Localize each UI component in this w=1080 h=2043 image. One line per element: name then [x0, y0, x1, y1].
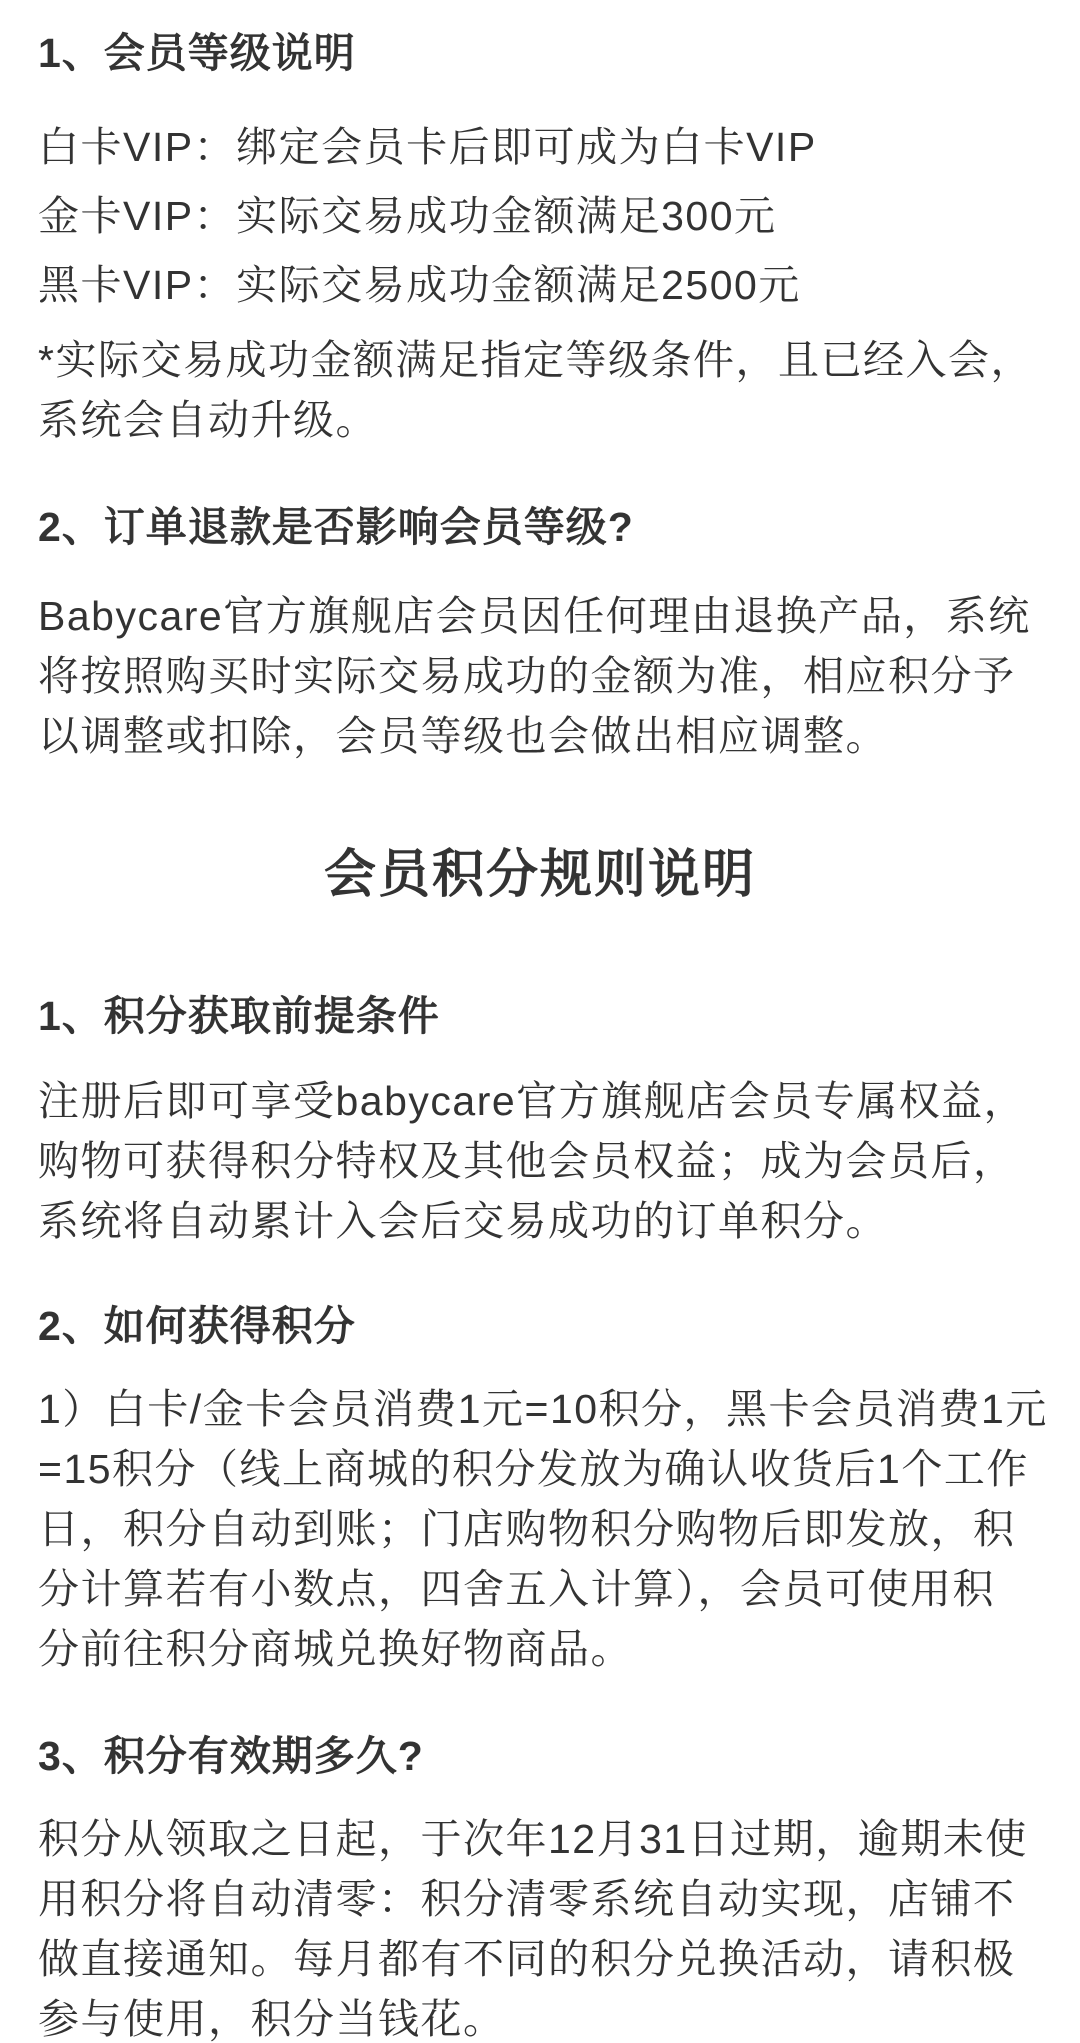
points-q1-line: 系统将自动累计入会后交易成功的订单积分。	[38, 1191, 1042, 1251]
refund-paragraph: Babycare官方旗舰店会员因任何理由退换产品，系统 将按照购买时实际交易成功…	[38, 586, 1042, 766]
rules-document: 1、会员等级说明 白卡VIP：绑定会员卡后即可成为白卡VIP 金卡VIP：实际交…	[0, 23, 1080, 2043]
level-item-gold-vip: 金卡VIP：实际交易成功金额满足300元	[38, 186, 1042, 246]
points-q2-line: 1）白卡/金卡会员消费1元=10积分，黑卡会员消费1元	[38, 1379, 1042, 1439]
note-line: 系统会自动升级。	[38, 390, 1042, 450]
points-q3-line: 参与使用，积分当钱花。	[38, 1989, 1042, 2043]
points-q2-line: =15积分（线上商城的积分发放为确认收货后1个工作	[38, 1439, 1042, 1499]
points-q3-paragraph: 积分从领取之日起，于次年12月31日过期，逾期未使 用积分将自动清零：积分清零系…	[38, 1809, 1042, 2043]
level-item-white-vip: 白卡VIP：绑定会员卡后即可成为白卡VIP	[38, 117, 1042, 177]
level-item-black-vip: 黑卡VIP：实际交易成功金额满足2500元	[38, 255, 1042, 315]
note-line: *实际交易成功金额满足指定等级条件，且已经入会，	[38, 330, 1042, 390]
points-q3-heading: 3、积分有效期多久?	[38, 1726, 1042, 1786]
points-q3-line: 做直接通知。每月都有不同的积分兑换活动，请积极	[38, 1929, 1042, 1989]
refund-line: 以调整或扣除，会员等级也会做出相应调整。	[38, 706, 1042, 766]
points-rules-title: 会员积分规则说明	[38, 839, 1042, 911]
points-q2-paragraph: 1）白卡/金卡会员消费1元=10积分，黑卡会员消费1元 =15积分（线上商城的积…	[38, 1379, 1042, 1679]
refund-line: Babycare官方旗舰店会员因任何理由退换产品，系统	[38, 586, 1042, 646]
points-q3-line: 用积分将自动清零：积分清零系统自动实现，店铺不	[38, 1869, 1042, 1929]
refund-heading: 2、订单退款是否影响会员等级?	[38, 497, 1042, 557]
points-q1-paragraph: 注册后即可享受babycare官方旗舰店会员专属权益， 购物可获得积分特权及其他…	[38, 1071, 1042, 1251]
points-q2-line: 日，积分自动到账；门店购物积分购物后即发放，积	[38, 1499, 1042, 1559]
points-q2-line: 分前往积分商城兑换好物商品。	[38, 1619, 1042, 1679]
points-q2-line: 分计算若有小数点，四舍五入计算），会员可使用积	[38, 1559, 1042, 1619]
auto-upgrade-note: *实际交易成功金额满足指定等级条件，且已经入会， 系统会自动升级。	[38, 330, 1042, 450]
refund-line: 将按照购买时实际交易成功的金额为准，相应积分予	[38, 646, 1042, 706]
points-q3-line: 积分从领取之日起，于次年12月31日过期，逾期未使	[38, 1809, 1042, 1869]
points-q2-heading: 2、如何获得积分	[38, 1296, 1042, 1356]
points-q1-heading: 1、积分获取前提条件	[38, 986, 1042, 1046]
member-level-heading: 1、会员等级说明	[38, 23, 1042, 83]
points-q1-line: 注册后即可享受babycare官方旗舰店会员专属权益，	[38, 1071, 1042, 1131]
points-q1-line: 购物可获得积分特权及其他会员权益；成为会员后，	[38, 1131, 1042, 1191]
